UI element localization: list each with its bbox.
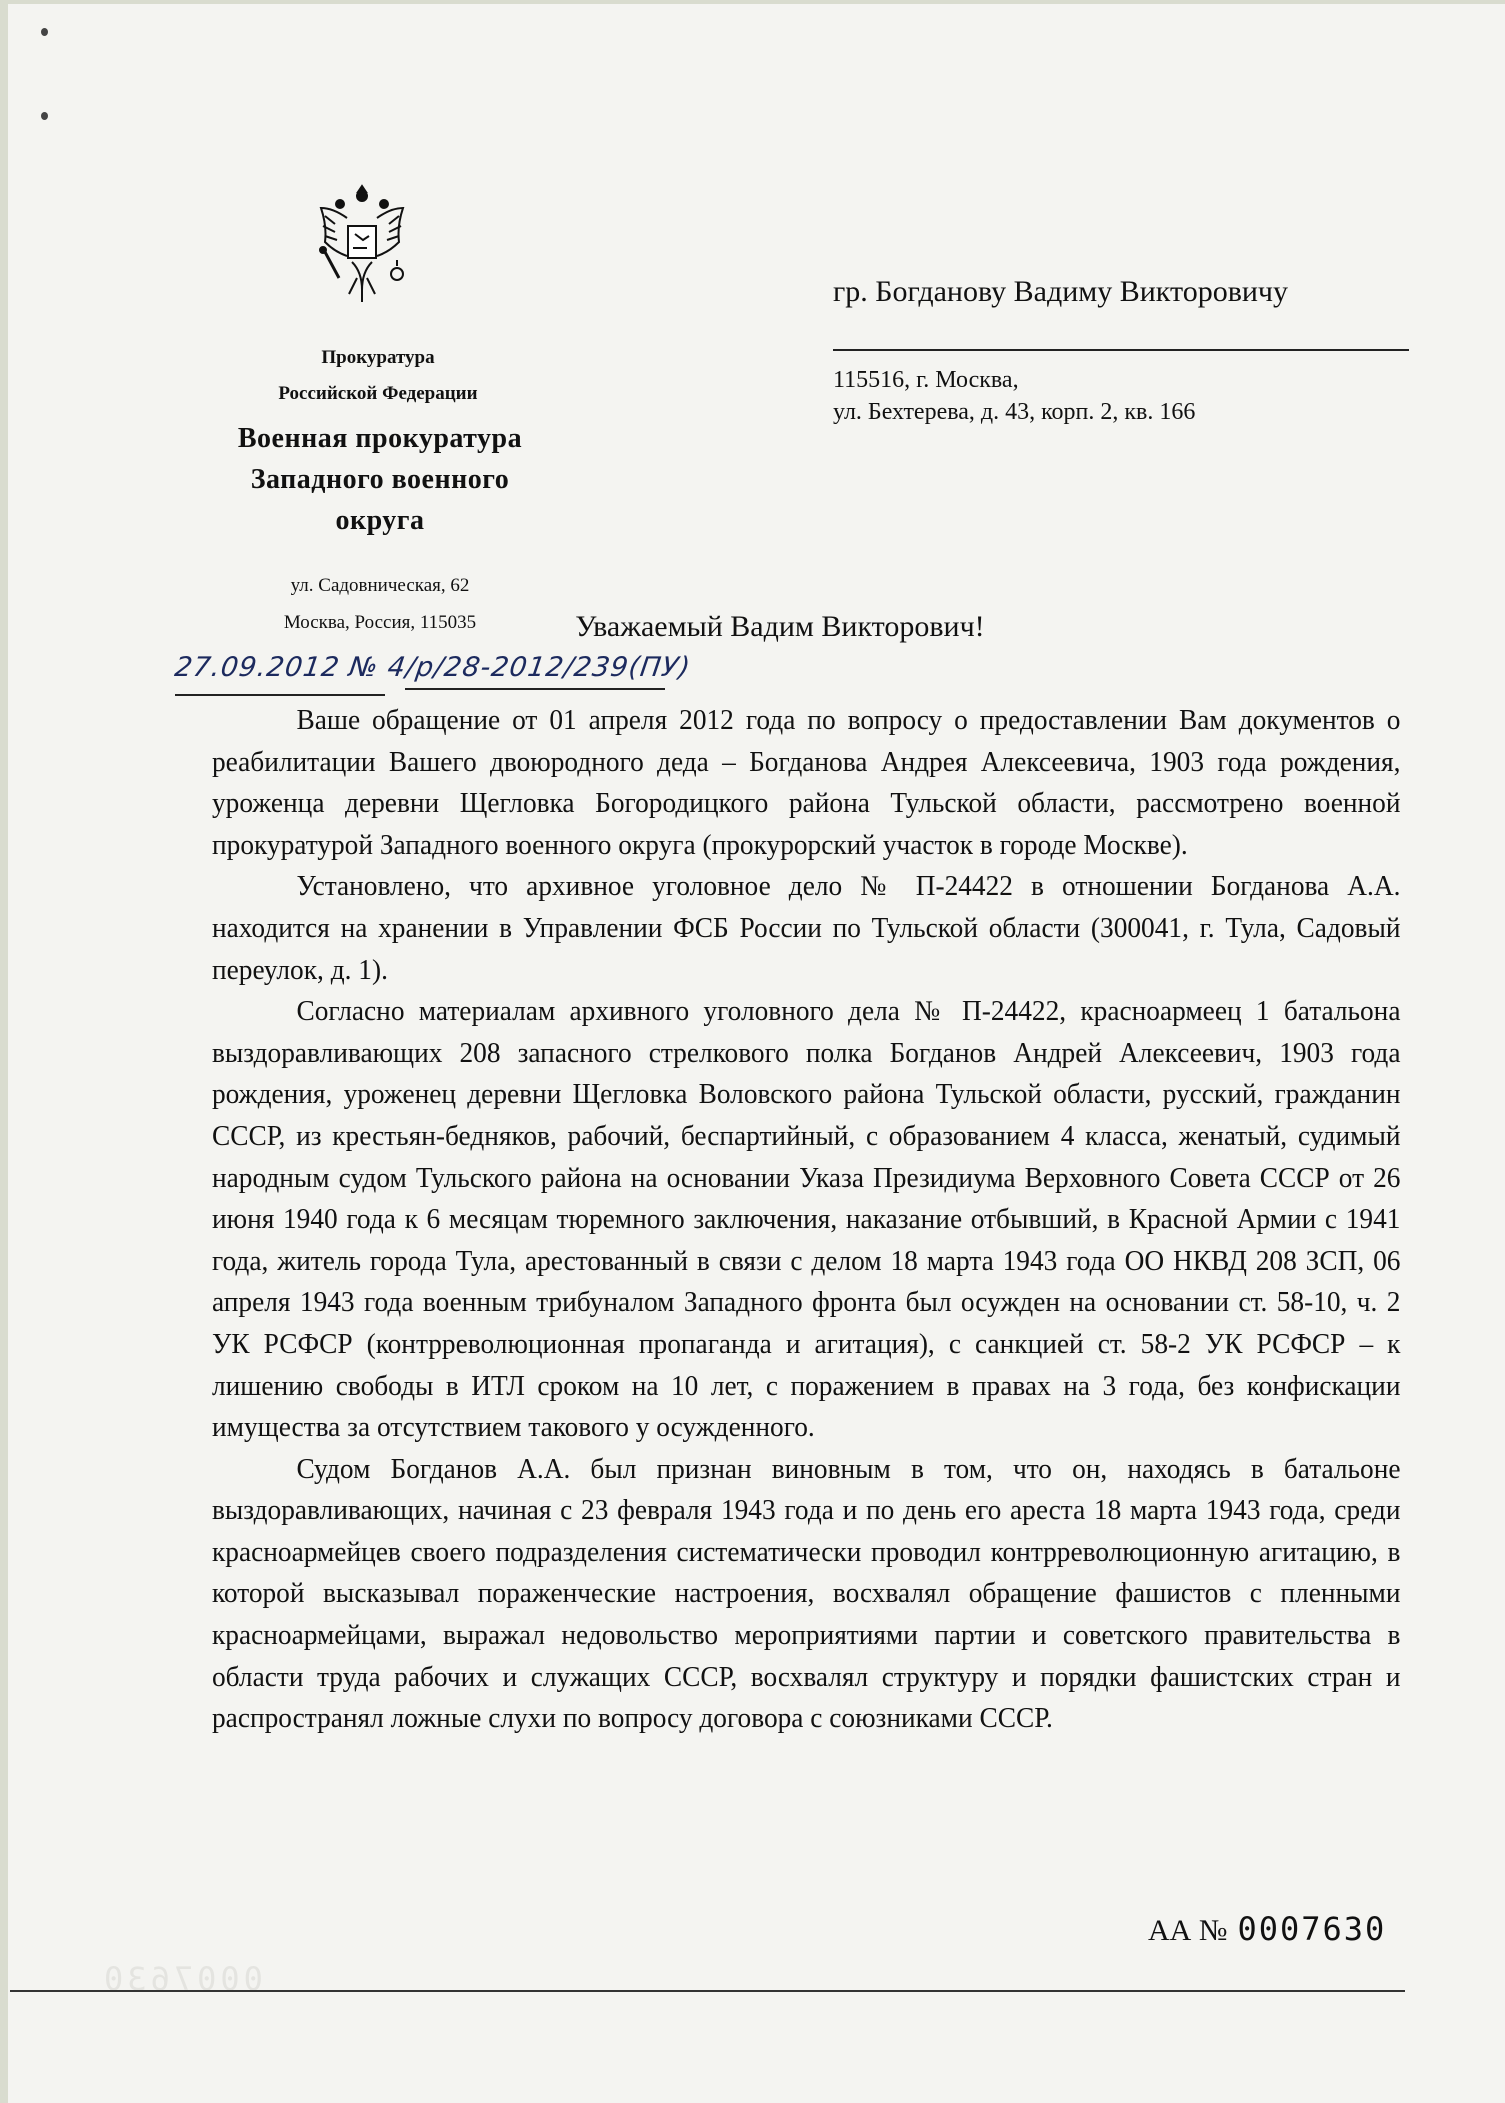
body-paragraph: Согласно материалам архивного уголовного… [212,991,1400,1449]
form-series: АА № [1148,1914,1227,1947]
recipient-address: 115516, г. Москва, ул. Бехтерева, д. 43,… [833,364,1195,428]
greeting: Уважаемый Вадим Викторович! [530,610,1030,644]
punch-hole-mark [41,112,48,120]
letter-body: Ваше обращение от 01 апреля 2012 года по… [212,700,1400,1740]
reference-date-underline [175,694,385,696]
agency-name: Прокуратура Российской Федерации [218,340,538,412]
office-name: Военная прокуратура Западного военного о… [185,418,575,541]
body-paragraph: Судом Богданов А.А. был признан виновным… [212,1449,1400,1740]
reverse-side-showthrough: 0007630 [100,1960,263,1998]
form-serial-number: АА №0007630 [1148,1910,1386,1948]
recipient-address-line-1: 115516, г. Москва, [833,364,1195,396]
body-paragraph: Ваше обращение от 01 апреля 2012 года по… [212,700,1400,866]
form-number: 0007630 [1237,1910,1386,1948]
office-line-3: округа [185,500,575,541]
punch-hole-mark [41,28,48,36]
recipient-name: гр. Богданову Вадиму Викторовичу [833,275,1288,309]
office-line-1: Военная прокуратура [185,418,575,459]
double-headed-eagle-emblem-icon [307,182,417,307]
recipient-address-line-2: ул. Бехтерева, д. 43, корп. 2, кв. 166 [833,396,1195,428]
footer-divider [10,1990,1405,1992]
agency-line-1: Прокуратура [218,340,538,376]
body-paragraph: Установлено, что архивное уголовное дело… [212,866,1400,991]
agency-line-2: Российской Федерации [218,376,538,412]
recipient-divider [833,349,1409,351]
sender-address: ул. Садовническая, 62 Москва, Россия, 11… [240,567,520,641]
office-line-2: Западного военного [185,459,575,500]
sender-city: Москва, Россия, 115035 [240,604,520,641]
sender-street: ул. Садовническая, 62 [240,567,520,604]
handwritten-reference-number: 27.09.2012 № 4/р/28-2012/239(ПУ) [173,652,693,683]
reference-number-underline [405,688,665,690]
